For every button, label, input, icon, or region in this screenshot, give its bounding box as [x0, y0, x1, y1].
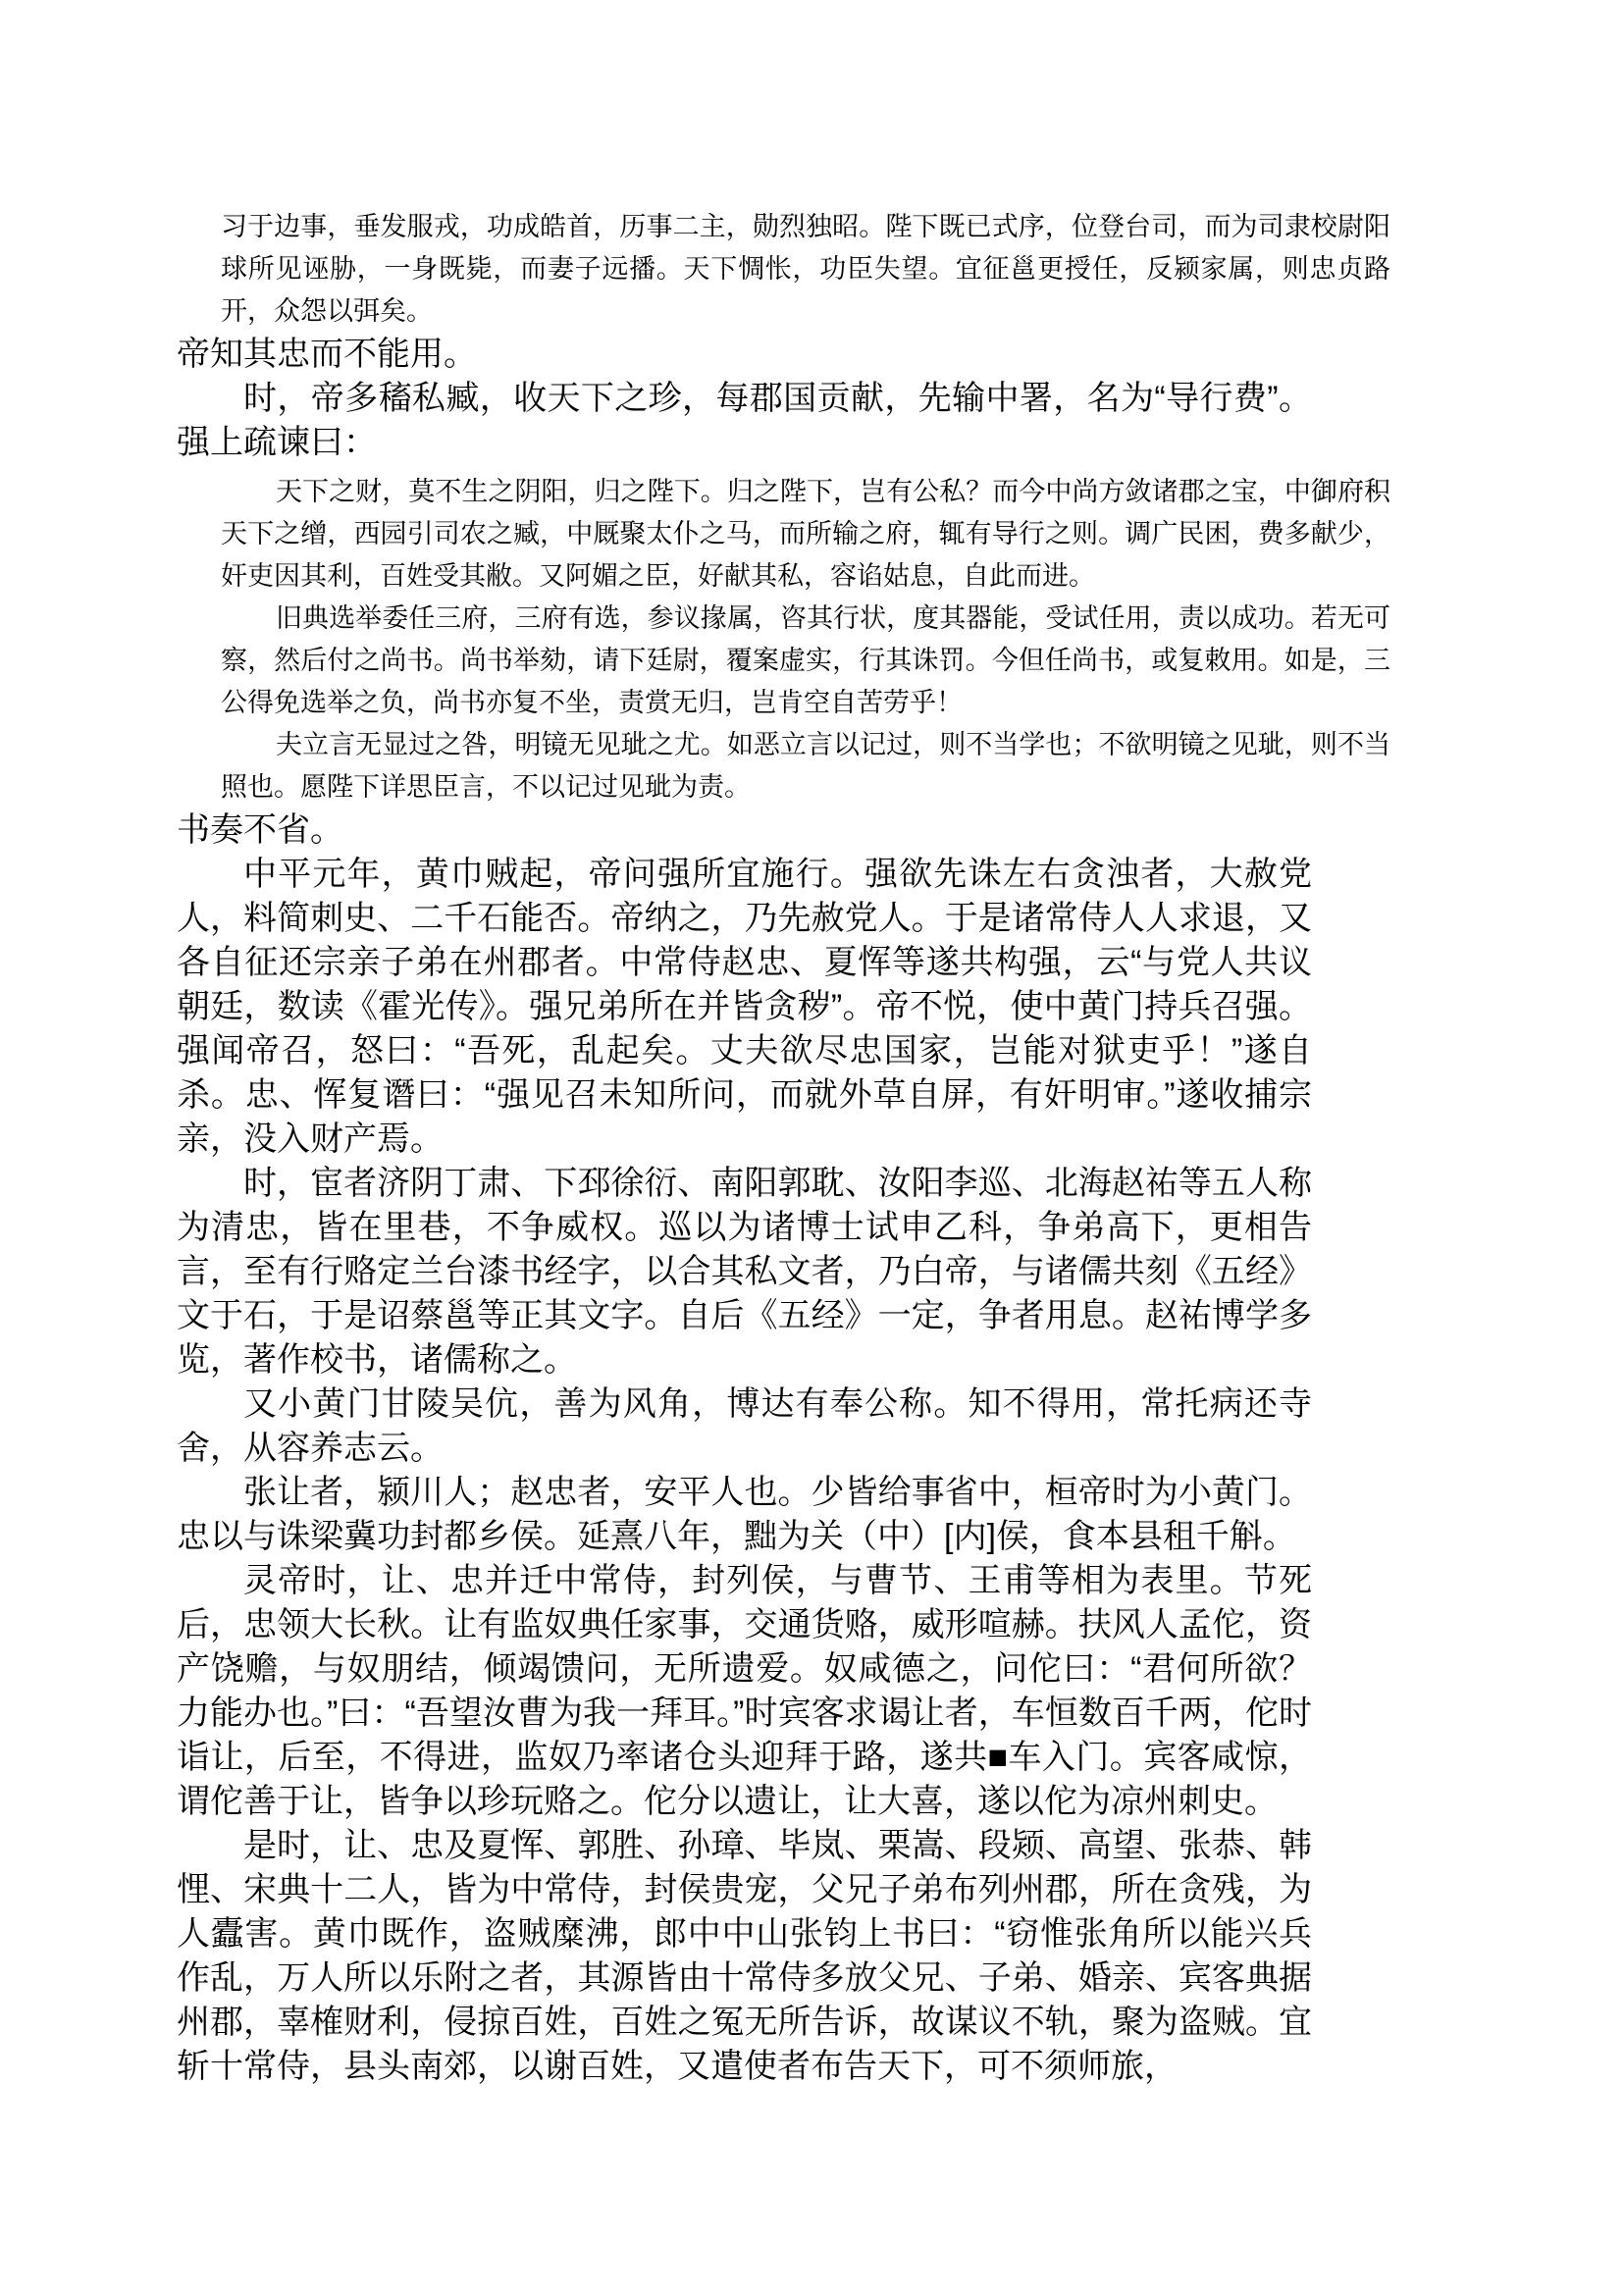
body-paragraph: 灵帝时，让、忠并迁中常侍，封列侯，与曹节、王甫等相为表里。节死后，忠领大长秋。让…: [177, 1559, 1312, 1824]
body-paragraph: 书奏不省。: [177, 808, 1312, 853]
quote-paragraph: 旧典选举委任三府，三府有选，参议掾属，咨其行状，度其器能，受试任用，责以成功。若…: [221, 598, 1390, 724]
quote-paragraph-continuation: 习于边事，垂发服戎，功成皓首，历事二主，勋烈独昭。陛下既已式序，位登台司，而为司…: [221, 206, 1390, 333]
body-paragraph: 时，宦者济阴丁肃、下邳徐衍、南阳郭耽、汝阳李巡、北海赵祐等五人称为清忠，皆在里巷…: [177, 1162, 1312, 1382]
quote-paragraph: 天下之财，莫不生之阴阳，归之陛下。归之陛下，岂有公私？而今中尚方敛诸郡之宝，中御…: [221, 471, 1390, 598]
body-paragraph: 又小黄门甘陵吴伉，善为风角，博达有奉公称。知不得用，常托病还寺舍，从容养志云。: [177, 1382, 1312, 1471]
body-paragraph: 中平元年，黄巾贼起，帝问强所宜施行。强欲先诛左右贪浊者，大赦党人，料简刺史、二千…: [177, 853, 1312, 1162]
body-paragraph: 是时，让、忠及夏恽、郭胜、孙璋、毕岚、栗嵩、段颎、高望、张恭、韩悝、宋典十二人，…: [177, 1824, 1312, 2089]
body-paragraph: 时，帝多稸私臧，收天下之珍，每郡国贡献，先输中署，名为“导行费”。强上疏谏曰：: [177, 377, 1312, 465]
quote-paragraph: 夫立言无显过之咎，明镜无见玼之尤。如恶立言以记过，则不当学也；不欲明镜之见玼，则…: [221, 724, 1390, 808]
body-paragraph: 帝知其忠而不能用。: [177, 333, 1312, 377]
document-page: 习于边事，垂发服戎，功成皓首，历事二主，勋烈独昭。陛下既已式序，位登台司，而为司…: [0, 0, 1624, 2294]
document-content: 习于边事，垂发服戎，功成皓首，历事二主，勋烈独昭。陛下既已式序，位登台司，而为司…: [177, 206, 1390, 2089]
body-paragraph: 张让者，颍川人；赵忠者，安平人也。少皆给事省中，桓帝时为小黄门。忠以与诛梁冀功封…: [177, 1471, 1312, 1559]
